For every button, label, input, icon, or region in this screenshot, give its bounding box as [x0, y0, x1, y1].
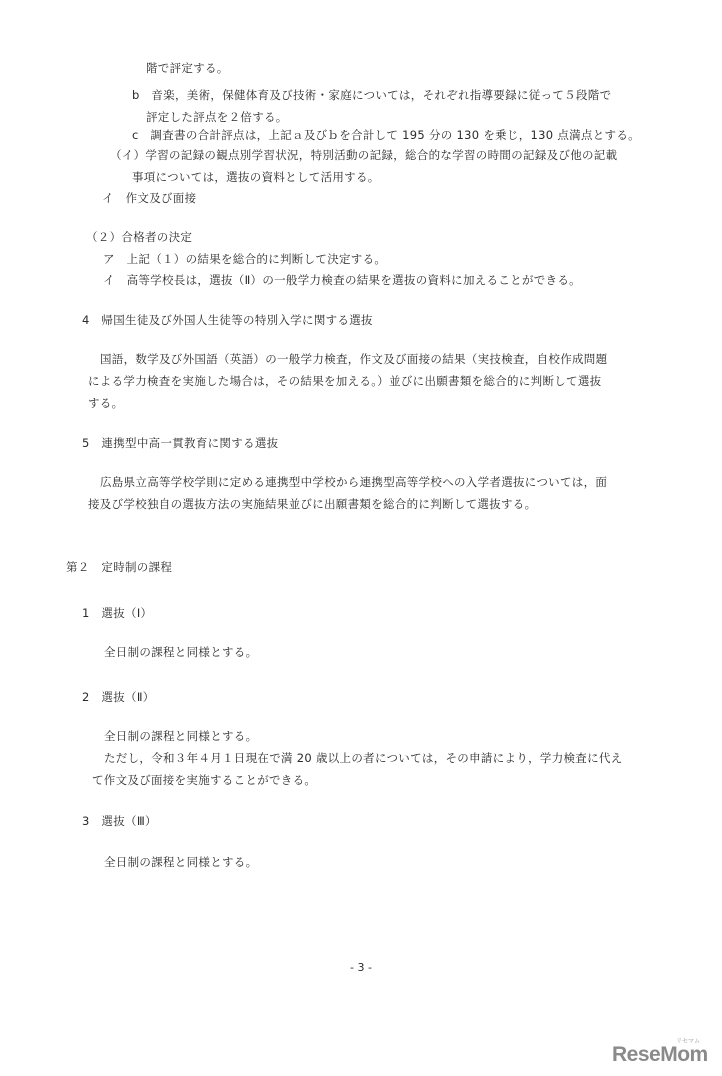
text-line: による学力検査を実施した場合は，その結果を加える。）並びに出願書類を総合的に判断… — [88, 374, 601, 388]
text-line: 全日制の課程と同様とする。 — [104, 729, 257, 743]
text-line: （イ）学習の記録の観点別学習状況，特別活動の記録，総合的な学習の時間の記録及び他… — [110, 148, 617, 162]
text-line: 1 選抜（Ⅰ） — [82, 606, 152, 620]
text-line: （２）合格者の決定 — [86, 230, 192, 244]
text-line: 階で評定する。 — [146, 61, 229, 75]
text-line: 5 連携型中高一貫教育に関する選抜 — [82, 436, 278, 450]
text-line: 全日制の課程と同様とする。 — [104, 645, 257, 659]
text-line: て作文及び面接を実施することができる。 — [92, 773, 316, 787]
text-line: ただし，令和３年４月１日現在で満 20 歳以上の者については，その申請により，学… — [104, 751, 623, 765]
resemom-logo: ReseMom — [612, 1043, 708, 1067]
text-line: 接及び学校独自の選抜方法の実施結果並びに出願書類を総合的に判断して選抜する。 — [88, 497, 536, 511]
text-line: 2 選抜（Ⅱ） — [82, 690, 155, 704]
text-line: する。 — [88, 396, 123, 410]
text-line: 3 選抜（Ⅲ） — [82, 814, 157, 828]
text-line: 全日制の課程と同様とする。 — [104, 855, 257, 869]
text-line: 国語，数学及び外国語（英語）の一般学力検査，作文及び面接の結果（実技検査，自校作… — [100, 352, 607, 366]
text-line: 広島県立高等学校学則に定める連携型中学校から連携型高等学校への入学者選抜について… — [100, 475, 607, 489]
text-line: イ 作文及び面接 — [102, 191, 196, 205]
text-line: 4 帰国生徒及び外国人生徒等の特別入学に関する選抜 — [82, 313, 373, 327]
text-line: 事項については，選抜の資料として活用する。 — [132, 170, 380, 184]
page-number: - 3 - — [0, 961, 722, 974]
text-line: 評定した評点を２倍する。 — [146, 110, 288, 124]
text-line: イ 高等学校長は，選抜（Ⅱ）の一般学力検査の結果を選抜の資料に加えることができる… — [103, 273, 581, 287]
text-line: b 音楽，美術，保健体育及び技術・家庭については，それぞれ指導要録に従って５段階… — [132, 88, 611, 102]
text-line: c 調査書の合計評点は，上記ａ及びｂを合計して 195 分の 130 を乗じ，1… — [132, 128, 640, 142]
text-line: ア 上記（１）の結果を総合的に判断して決定する。 — [103, 252, 386, 266]
text-line: 第２ 定時制の課程 — [66, 560, 172, 574]
